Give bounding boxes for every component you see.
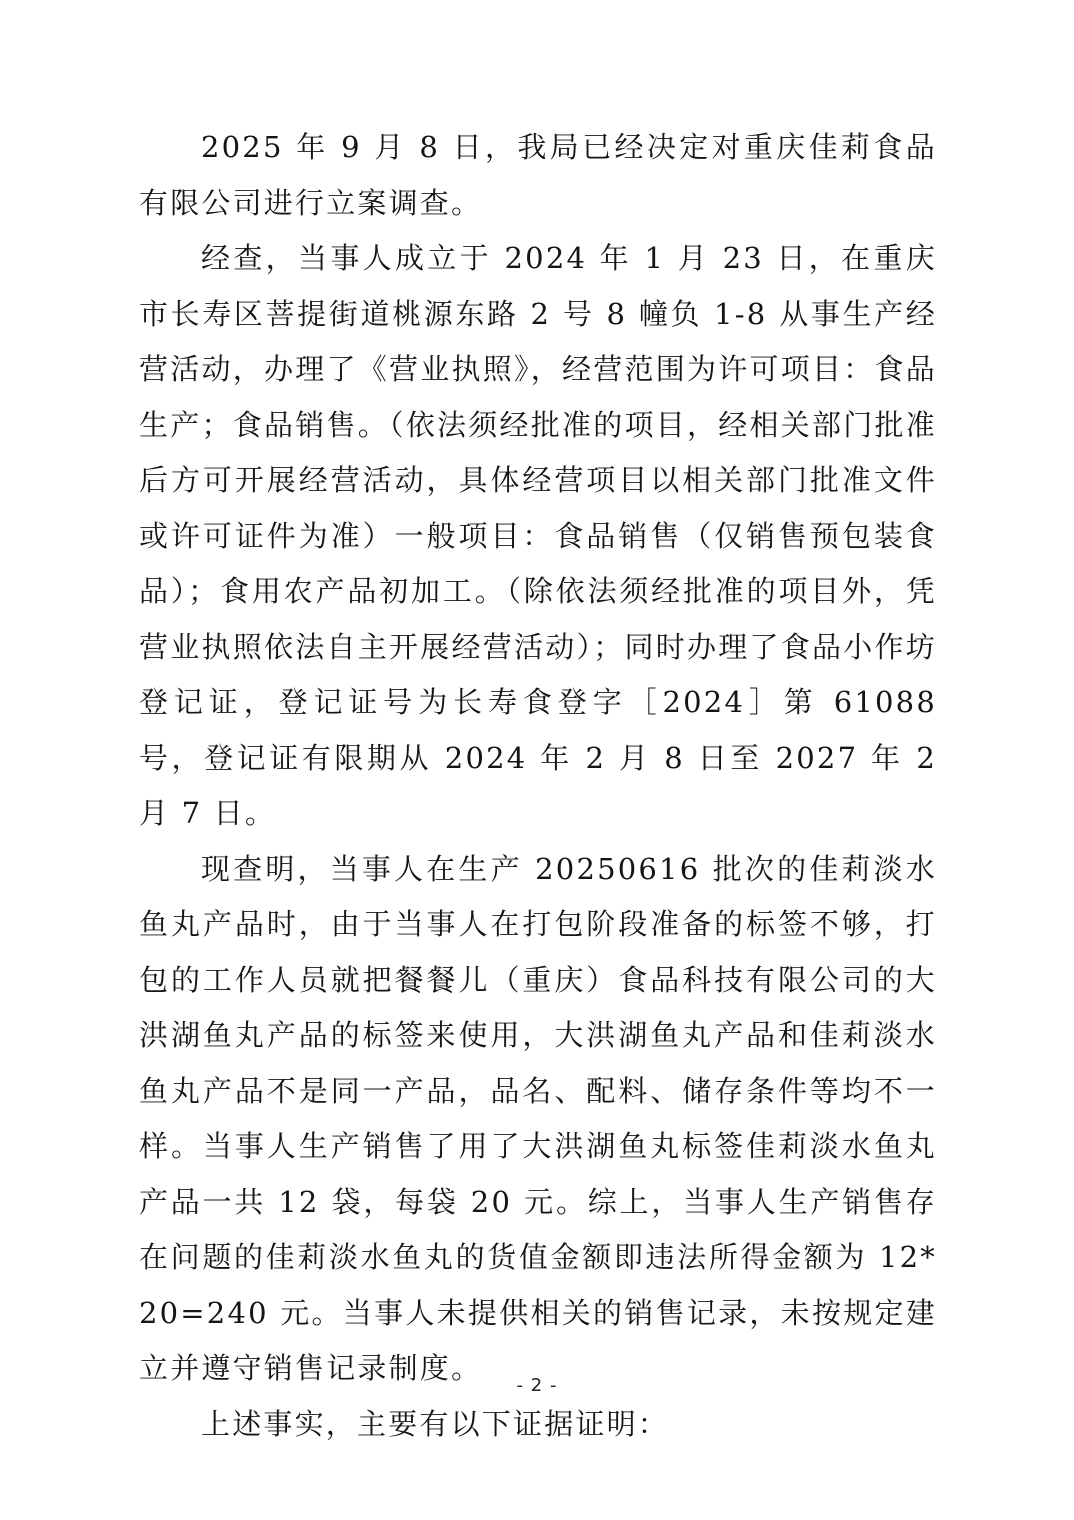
document-page: 2025 年 9 月 8 日，我局已经决定对重庆佳莉食品有限公司进行立案调查。 … (139, 120, 937, 1452)
paragraph-investigation-findings: 现查明，当事人在生产 20250616 批次的佳莉淡水鱼丸产品时，由于当事人在打… (139, 842, 937, 1397)
paragraph-business-background: 经查，当事人成立于 2024 年 1 月 23 日，在重庆市长寿区菩提街道桃源东… (139, 231, 937, 842)
paragraph-evidence-intro: 上述事实，主要有以下证据证明： (139, 1397, 937, 1453)
paragraph-case-filing-decision: 2025 年 9 月 8 日，我局已经决定对重庆佳莉食品有限公司进行立案调查。 (139, 120, 937, 231)
page-number: - 2 - (0, 1375, 1074, 1396)
